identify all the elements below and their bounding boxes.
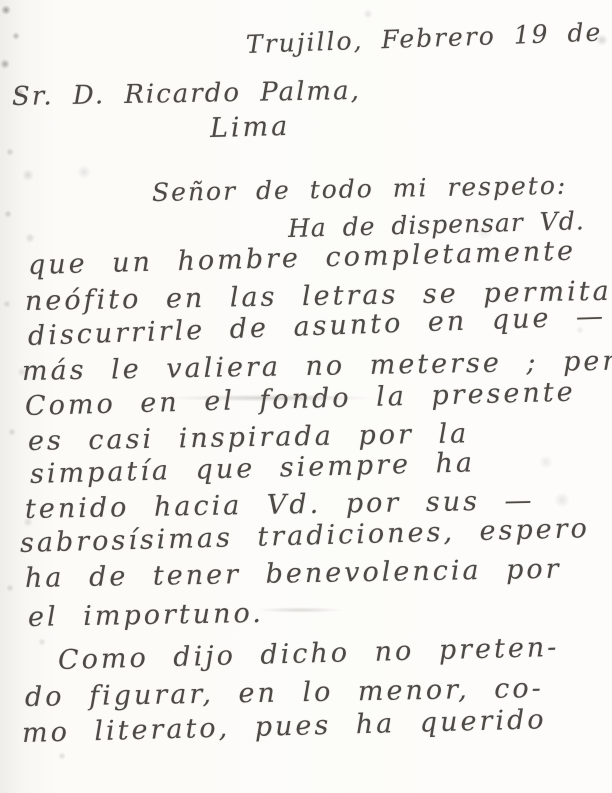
letter-line: ha de tener benevolencia por [25, 554, 562, 594]
recipient-city-line: Lima [210, 111, 291, 144]
recipient-line: Sr. D. Ricardo Palma, [12, 76, 361, 112]
letter-line: que un hombre completamente [28, 236, 577, 281]
dateline: Trujillo, Febrero 19 de 1907, [245, 14, 612, 59]
salutation-line: Señor de todo mi respeto: [152, 171, 568, 207]
letter-line: el importuno. [28, 598, 264, 633]
letter-line: Como dijo dicho no preten- [58, 632, 560, 676]
letter-page: Trujillo, Febrero 19 de 1907, Sr. D. Ric… [0, 0, 612, 793]
